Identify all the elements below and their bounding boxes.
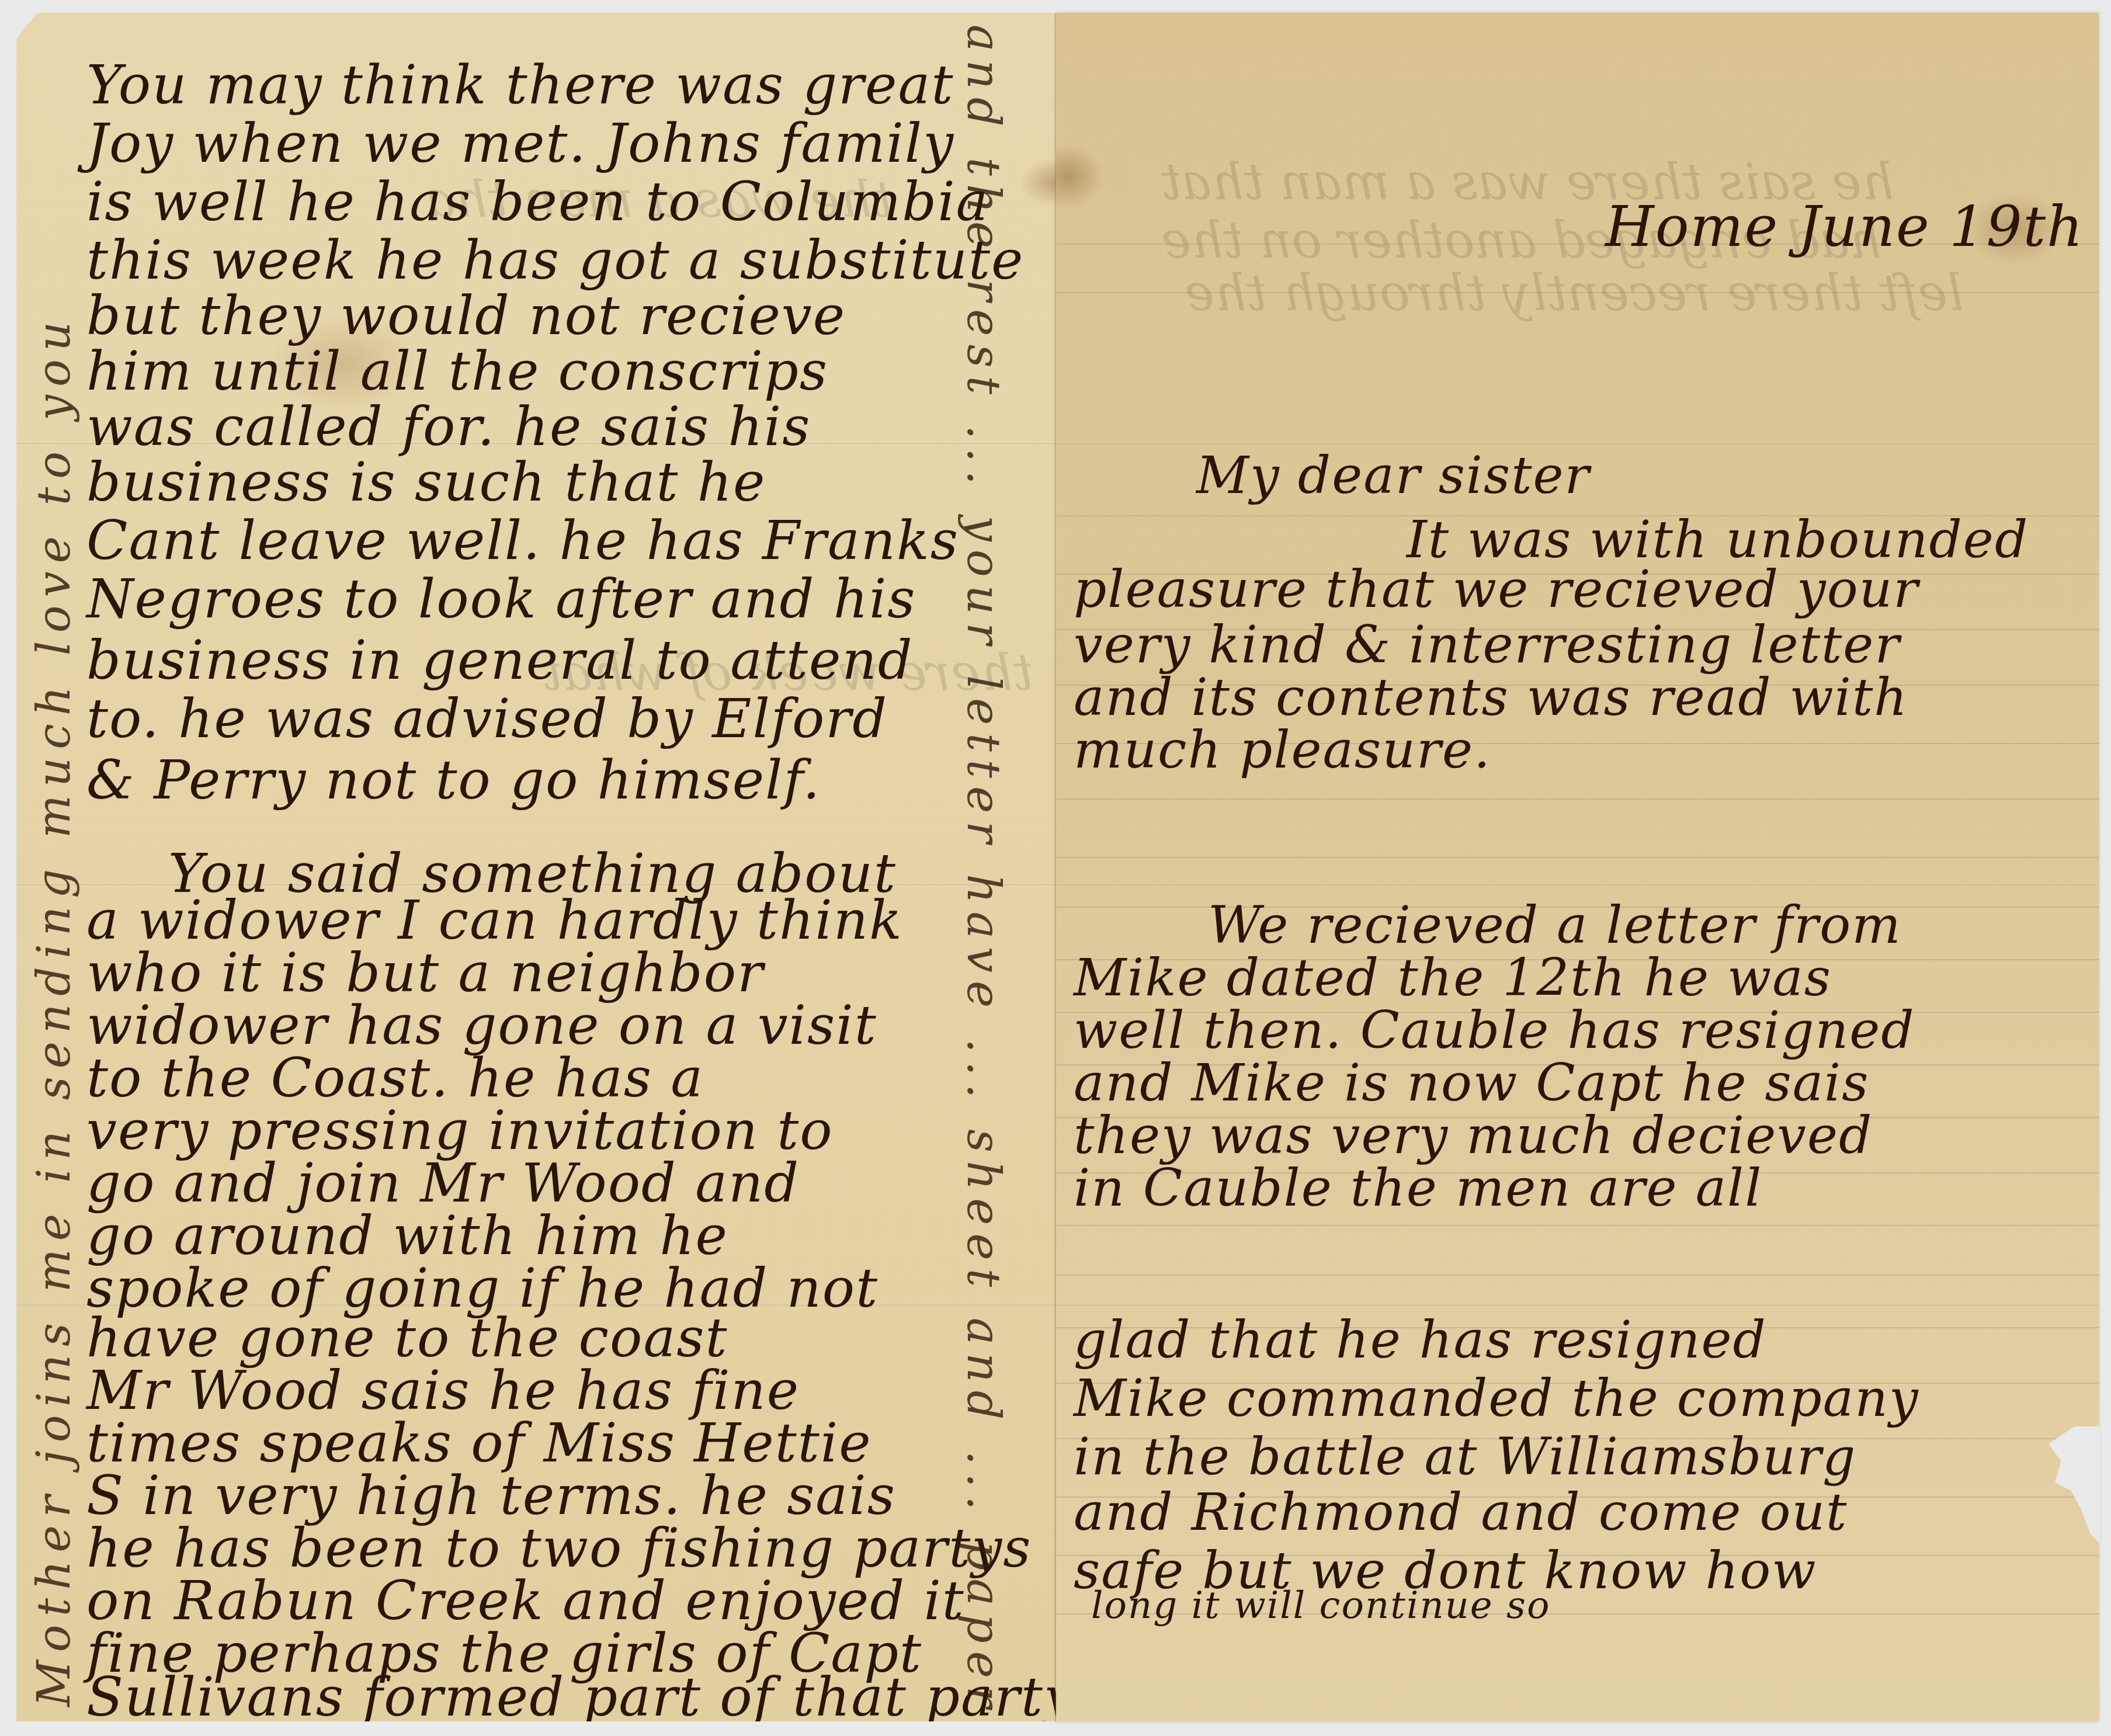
ruled-line	[1056, 1225, 2099, 1226]
fold-crease	[1056, 1304, 2099, 1306]
bleed-through-text: left there recently through the	[1185, 264, 1964, 322]
letter-line: business in general to attend	[86, 629, 914, 692]
letter-line: long it will continue so	[1091, 1584, 1550, 1627]
fold-crease	[1056, 883, 2099, 885]
letter-line: We recieved a letter from	[1208, 895, 1902, 955]
letter-line: You may think there was great	[86, 54, 954, 116]
letter-line: Cant leave well. he has Franks	[86, 509, 959, 572]
left-letter-page: the was a man tha there week of what You…	[16, 13, 1056, 1721]
letter-line: to. he was advised by Elford	[86, 688, 888, 750]
letter-line: Mike commanded the company	[1074, 1368, 1919, 1428]
letter-line: glad that he has resigned	[1074, 1310, 1767, 1370]
letter-line: much pleasure.	[1074, 720, 1491, 780]
letter-line: but they would not recieve	[86, 284, 846, 347]
letter-line: Sullivans formed part of that party	[86, 1666, 1075, 1728]
letter-line: very kind & interresting letter	[1074, 614, 1901, 675]
letter-line: & Perry not to go himself.	[86, 749, 821, 811]
letter-line: him until all the conscrips	[86, 340, 828, 402]
letter-line: Negroes to look after and his	[86, 568, 916, 630]
letter-line: and Mike is now Capt he sais	[1074, 1053, 1869, 1113]
torn-edge	[2036, 1426, 2100, 1543]
letter-line: is well he has been to Columbia	[86, 171, 989, 233]
letter-line: Mike dated the 12th he was	[1074, 947, 1832, 1008]
letter-line: and its contents was read with	[1074, 667, 1908, 727]
ruled-line	[1056, 798, 2099, 800]
letter-line: pleasure that we recieved your	[1074, 559, 1919, 619]
ruled-line	[1056, 1275, 2099, 1276]
cross-writing-vertical: Mother joins me in sending much love to …	[28, 314, 81, 1707]
letter-salutation: My dear sister	[1196, 445, 1591, 505]
right-letter-page: he sais there was a man that had engaged…	[1056, 13, 2099, 1721]
letter-line: in the battle at Williamsburg	[1074, 1426, 1856, 1487]
letter-line: and Richmond and come out	[1074, 1482, 1848, 1542]
letter-line: this week he has got a substitute	[86, 229, 1024, 291]
cross-writing-vertical: and the rest ... your letter have ... sh…	[957, 25, 1009, 1716]
letter-line: business is such that he	[86, 451, 766, 513]
fold-crease	[1056, 442, 2099, 444]
ruled-line	[1056, 857, 2099, 858]
letter-dateline: Home June 19th	[1605, 194, 2084, 259]
letter-line: was called for. he sais his	[86, 395, 811, 458]
letter-line: well then. Cauble has resigned	[1074, 1000, 1915, 1060]
letter-line: Joy when we met. Johns family	[86, 112, 954, 175]
letter-line: they was very much decieved	[1074, 1105, 1873, 1165]
letter-line: in Cauble the men are all	[1074, 1158, 1762, 1218]
